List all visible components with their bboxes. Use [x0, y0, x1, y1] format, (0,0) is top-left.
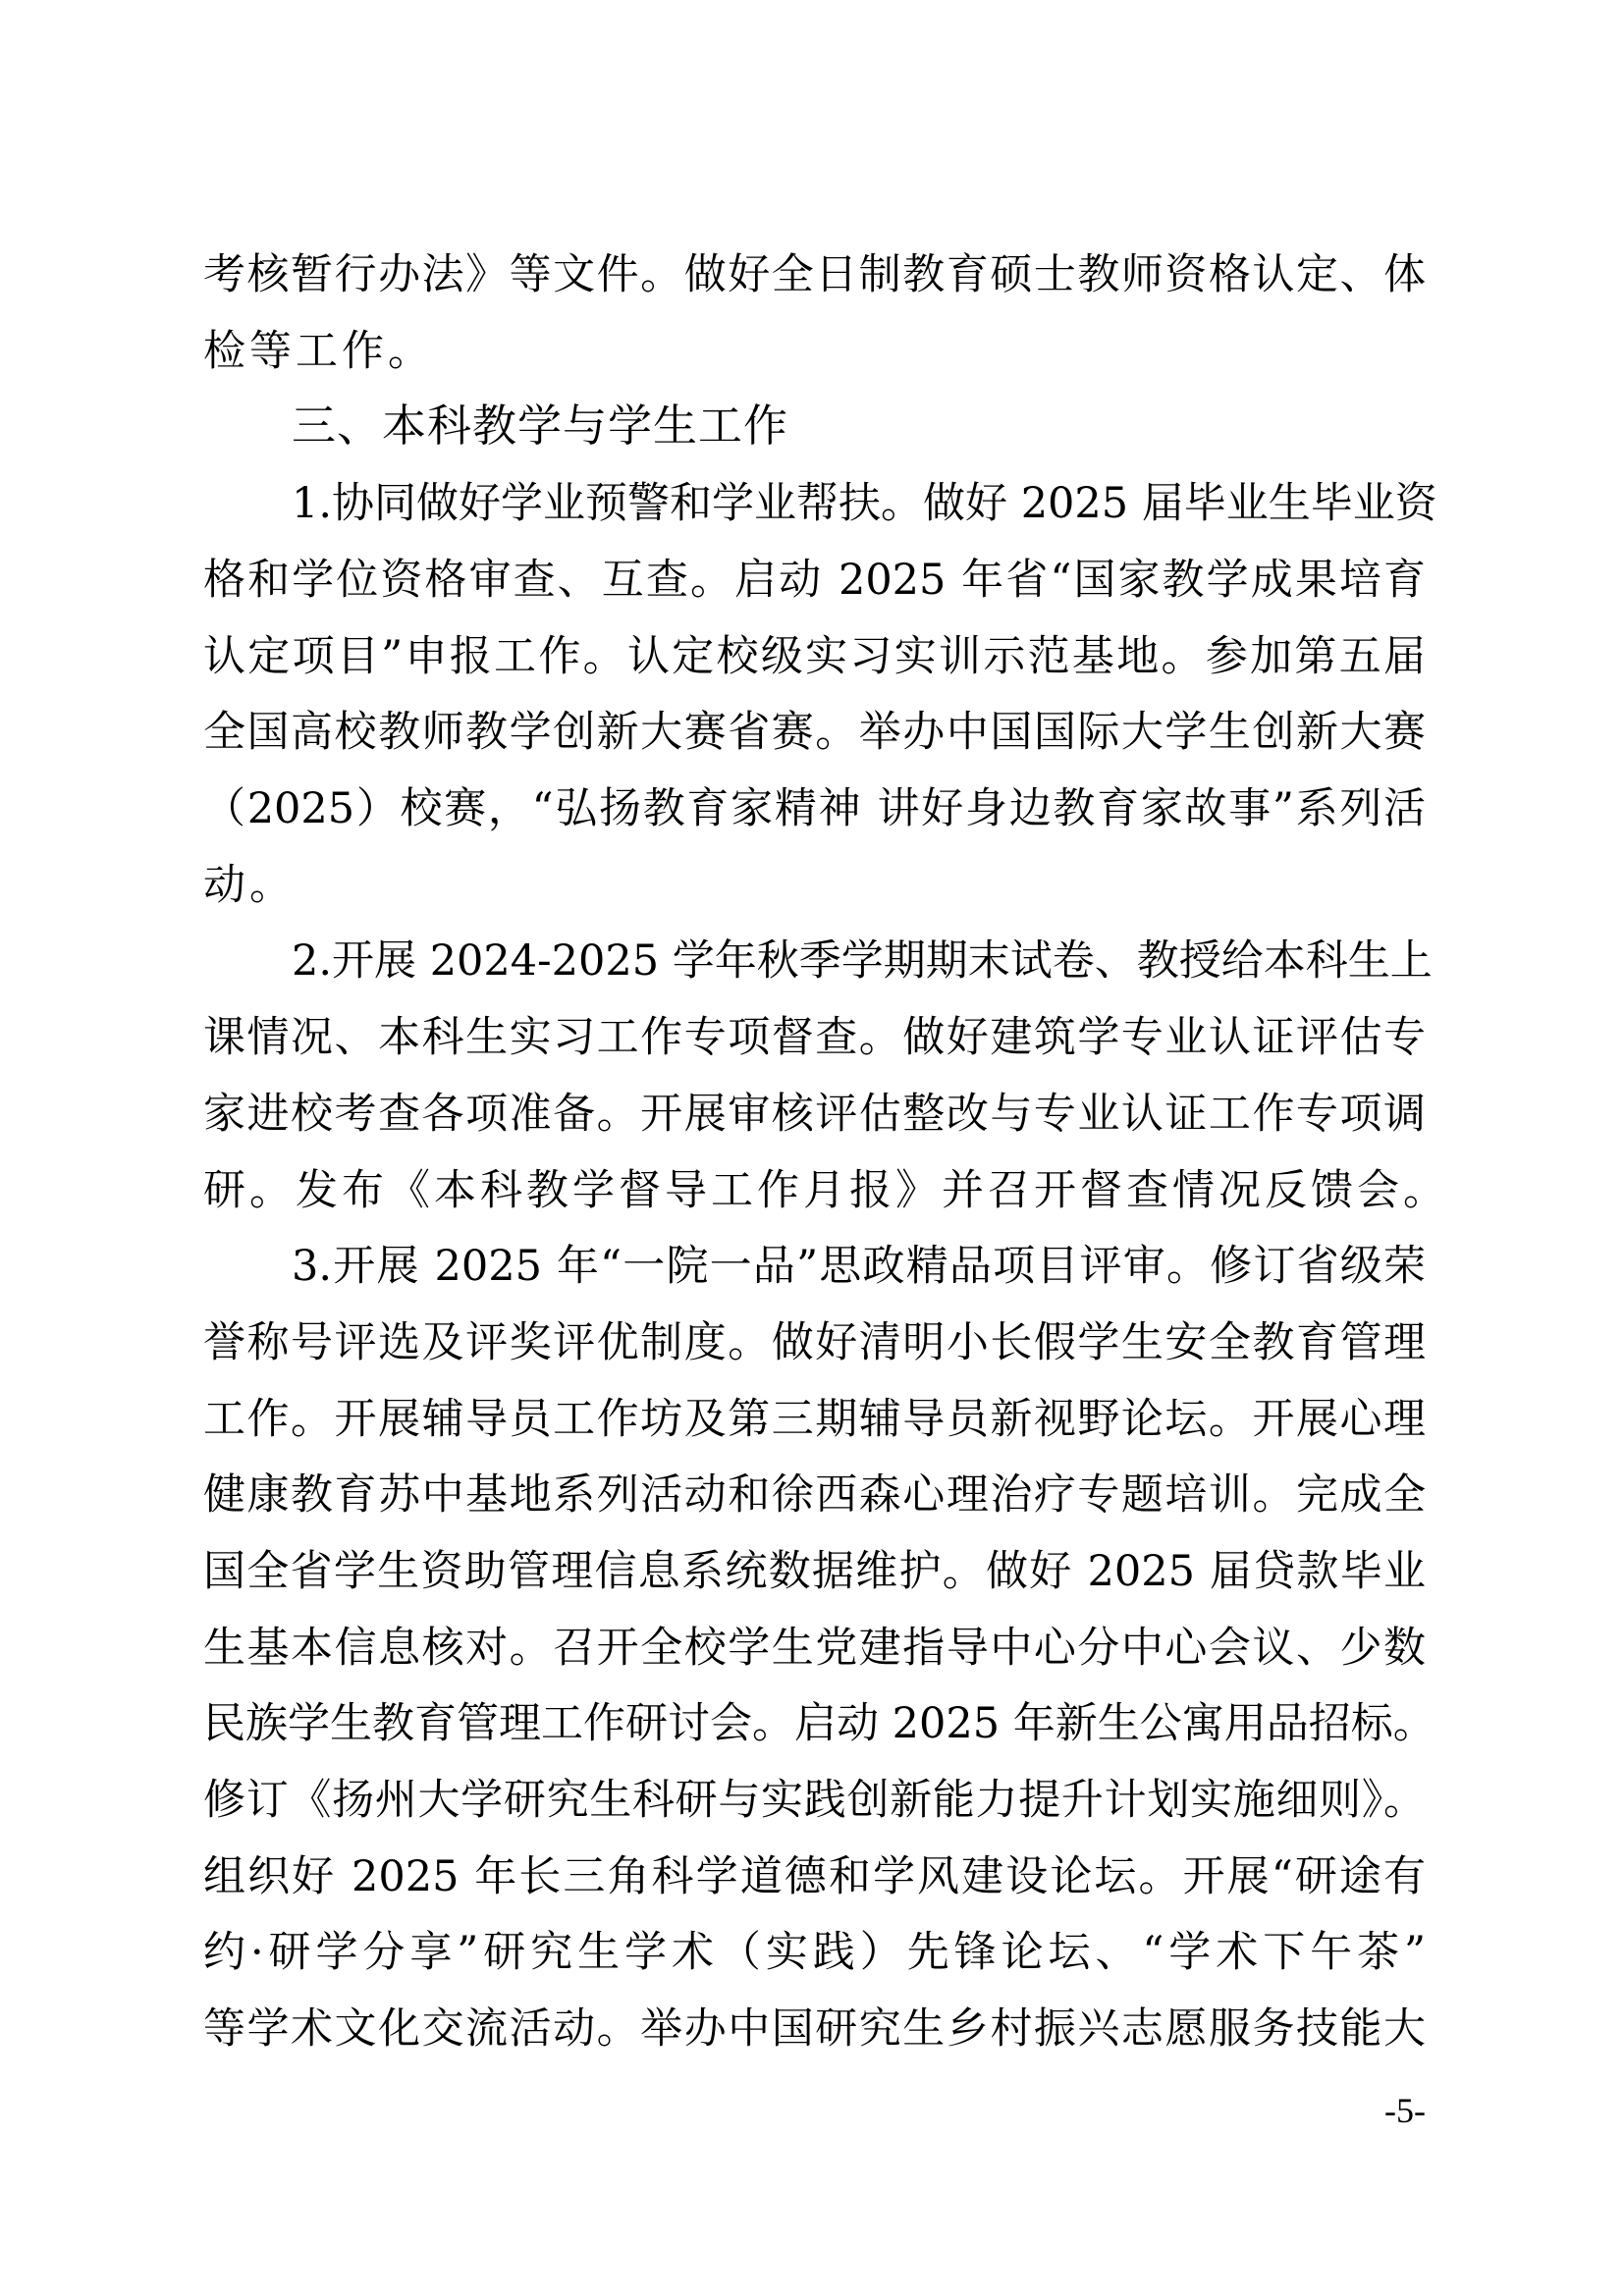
body-line: 动。 — [203, 858, 1426, 913]
body-line: 生基本信息核对。召开全校学生党建指导中心分中心会议、少数 — [203, 1621, 1426, 1676]
body-line: 修订《扬州大学研究生科研与实践创新能力提升计划实施细则》。 — [203, 1773, 1426, 1828]
body-line: 研。发布《本科教学督导工作月报》并召开督查情况反馈会。 — [203, 1163, 1426, 1218]
body-line: 民族学生教育管理工作研讨会。启动 2025 年新生公寓用品招标。 — [203, 1696, 1426, 1751]
paragraph-item-3-start: 3.开展 2025 年“一院一品”思政精品项目评审。修订省级荣 — [292, 1239, 1426, 1294]
body-line: 认定项目”申报工作。认定校级实习实训示范基地。参加第五届 — [203, 629, 1426, 684]
body-line: 国全省学生资助管理信息系统数据维护。做好 2025 届贷款毕业 — [203, 1544, 1426, 1599]
page-number: -5- — [1384, 2089, 1426, 2132]
body-line: 考核暂行办法》等文件。做好全日制教育硕士教师资格认定、体 — [203, 247, 1426, 302]
paragraph-item-1-start: 1.协同做好学业预警和学业帮扶。做好 2025 届毕业生毕业资 — [292, 476, 1426, 531]
body-line: 组织好 2025 年长三角科学道德和学风建设论坛。开展“研途有 — [203, 1849, 1426, 1904]
body-line: 等学术文化交流活动。举办中国研究生乡村振兴志愿服务技能大 — [203, 2002, 1426, 2056]
body-line: 誉称号评选及评奖评优制度。做好清明小长假学生安全教育管理 — [203, 1315, 1426, 1370]
body-line: 格和学位资格审查、互查。启动 2025 年省“国家教学成果培育 — [203, 553, 1426, 608]
body-line: 约·研学分享”研究生学术（实践）先锋论坛、“学术下午茶” — [203, 1925, 1426, 1980]
body-line: （2025）校赛，“弘扬教育家精神 讲好身边教育家故事”系列活 — [203, 781, 1426, 836]
body-line: 家进校考查各项准备。开展审核评估整改与专业认证工作专项调 — [203, 1087, 1426, 1142]
body-line: 检等工作。 — [203, 324, 1426, 379]
section-heading: 三、本科教学与学生工作 — [292, 397, 788, 455]
body-line: 课情况、本科生实习工作专项督查。做好建筑学专业认证评估专 — [203, 1010, 1426, 1065]
document-page: 考核暂行办法》等文件。做好全日制教育硕士教师资格认定、体 检等工作。 三、本科教… — [0, 0, 1624, 2296]
paragraph-item-2-start: 2.开展 2024-2025 学年秋季学期期末试卷、教授给本科生上 — [292, 934, 1426, 988]
body-line: 工作。开展辅导员工作坊及第三期辅导员新视野论坛。开展心理 — [203, 1392, 1426, 1447]
body-line: 健康教育苏中基地系列活动和徐西森心理治疗专题培训。完成全 — [203, 1468, 1426, 1522]
body-line: 全国高校教师教学创新大赛省赛。举办中国国际大学生创新大赛 — [203, 705, 1426, 760]
